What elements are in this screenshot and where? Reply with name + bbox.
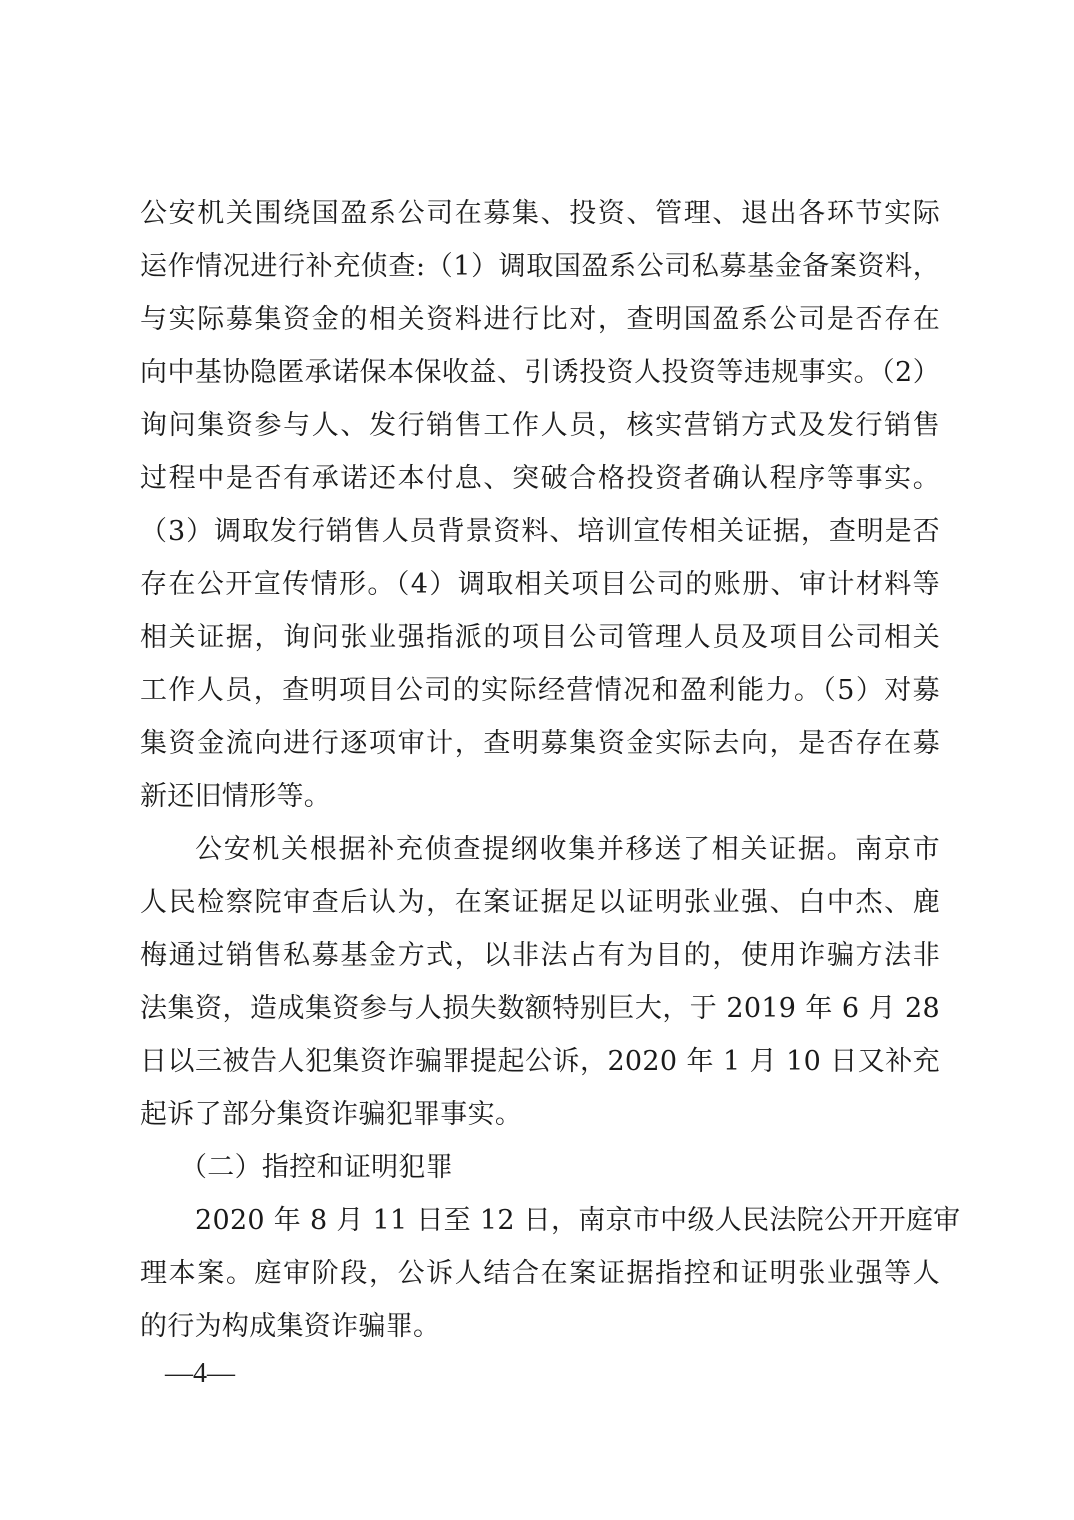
body-line: 与实际募集资金的相关资料进行比对，查明国盈系公司是否存在 — [140, 300, 940, 340]
body-line: 公安机关围绕国盈系公司在募集、投资、管理、退出各环节实际 — [140, 194, 940, 234]
body-line: 日以三被告人犯集资诈骗罪提起公诉，2020 年 1 月 10 日又补充 — [140, 1042, 940, 1082]
document-page: 公安机关围绕国盈系公司在募集、投资、管理、退出各环节实际 运作情况进行补充侦查:… — [0, 0, 1074, 1520]
page-number: —4— — [165, 1356, 235, 1392]
body-line: 过程中是否有承诺还本付息、突破合格投资者确认程序等事实。 — [140, 459, 940, 499]
body-line: 存在公开宣传情形。（4）调取相关项目公司的账册、审计材料等 — [140, 565, 940, 605]
body-line: 起诉了部分集资诈骗犯罪事实。 — [140, 1095, 940, 1135]
body-line: 理本案。庭审阶段，公诉人结合在案证据指控和证明张业强等人 — [140, 1254, 940, 1294]
body-line: 向中基协隐匿承诺保本保收益、引诱投资人投资等违规事实。（2） — [140, 353, 940, 393]
body-line: 新还旧情形等。 — [140, 777, 940, 817]
body-line: 运作情况进行补充侦查:（1）调取国盈系公司私募基金备案资料， — [140, 247, 940, 287]
paragraph-first-line: 公安机关根据补充侦查提纲收集并移送了相关证据。南京市 — [195, 830, 940, 870]
body-line: （3）调取发行销售人员背景资料、培训宣传相关证据，查明是否 — [140, 512, 940, 552]
body-line: 询问集资参与人、发行销售工作人员，核实营销方式及发行销售 — [140, 406, 940, 446]
paragraph-first-line: 2020 年 8 月 11 日至 12 日，南京市中级人民法院公开开庭审 — [195, 1201, 940, 1241]
body-line: 人民检察院审查后认为，在案证据足以证明张业强、白中杰、鹿 — [140, 883, 940, 923]
body-line: 梅通过销售私募基金方式，以非法占有为目的，使用诈骗方法非 — [140, 936, 940, 976]
body-line: 法集资，造成集资参与人损失数额特别巨大，于 2019 年 6 月 28 — [140, 989, 940, 1029]
body-line: 的行为构成集资诈骗罪。 — [140, 1307, 940, 1347]
body-line: 工作人员，查明项目公司的实际经营情况和盈利能力。（5）对募 — [140, 671, 940, 711]
body-line: 相关证据，询问张业强指派的项目公司管理人员及项目公司相关 — [140, 618, 940, 658]
body-line: 集资金流向进行逐项审计，查明募集资金实际去向，是否存在募 — [140, 724, 940, 764]
section-heading: （二）指控和证明犯罪 — [180, 1148, 980, 1188]
